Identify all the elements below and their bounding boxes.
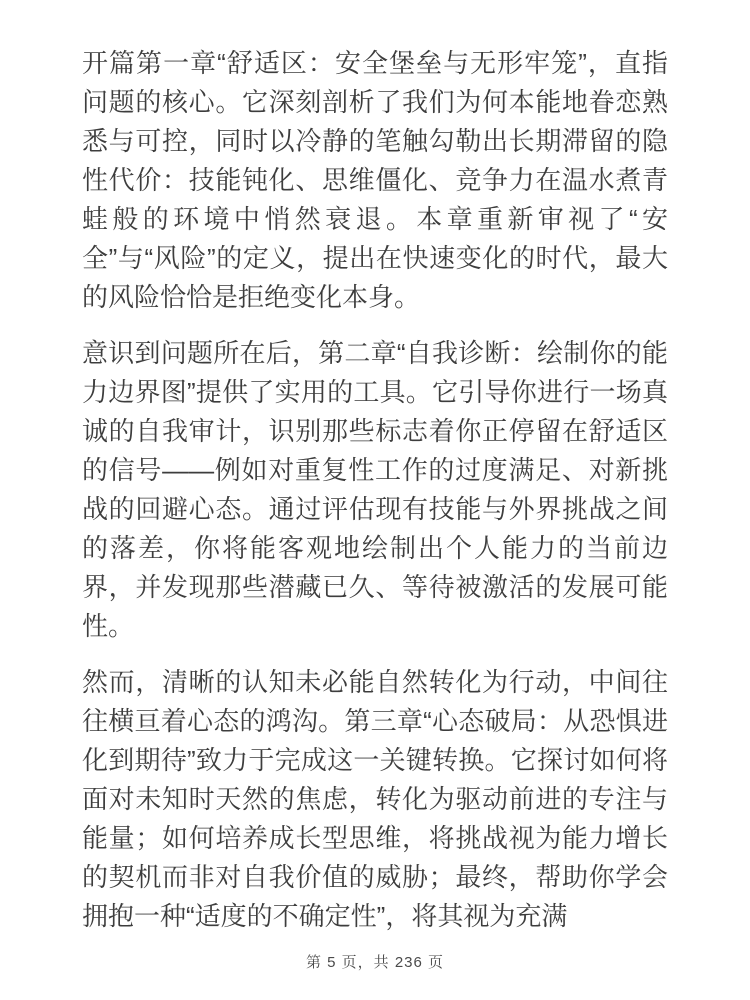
page-text-block: 开篇第一章“舒适区：安全堡垒与无形牢笼”，直指问题的核心。它深刻剖析了我们为何本… (82, 44, 668, 936)
paragraph-chapter-1: 开篇第一章“舒适区：安全堡垒与无形牢笼”，直指问题的核心。它深刻剖析了我们为何本… (82, 44, 668, 317)
paragraph-chapter-3: 然而，清晰的认知未必能自然转化为行动，中间往往横亘着心态的鸿沟。第三章“心态破局… (82, 663, 668, 936)
document-page: 开篇第一章“舒适区：安全堡垒与无形牢笼”，直指问题的核心。它深刻剖析了我们为何本… (0, 0, 750, 1000)
page-number-footer: 第 5 页，共 236 页 (0, 955, 750, 970)
paragraph-chapter-2: 意识到问题所在后，第二章“自我诊断：绘制你的能力边界图”提供了实用的工具。它引导… (82, 334, 668, 646)
